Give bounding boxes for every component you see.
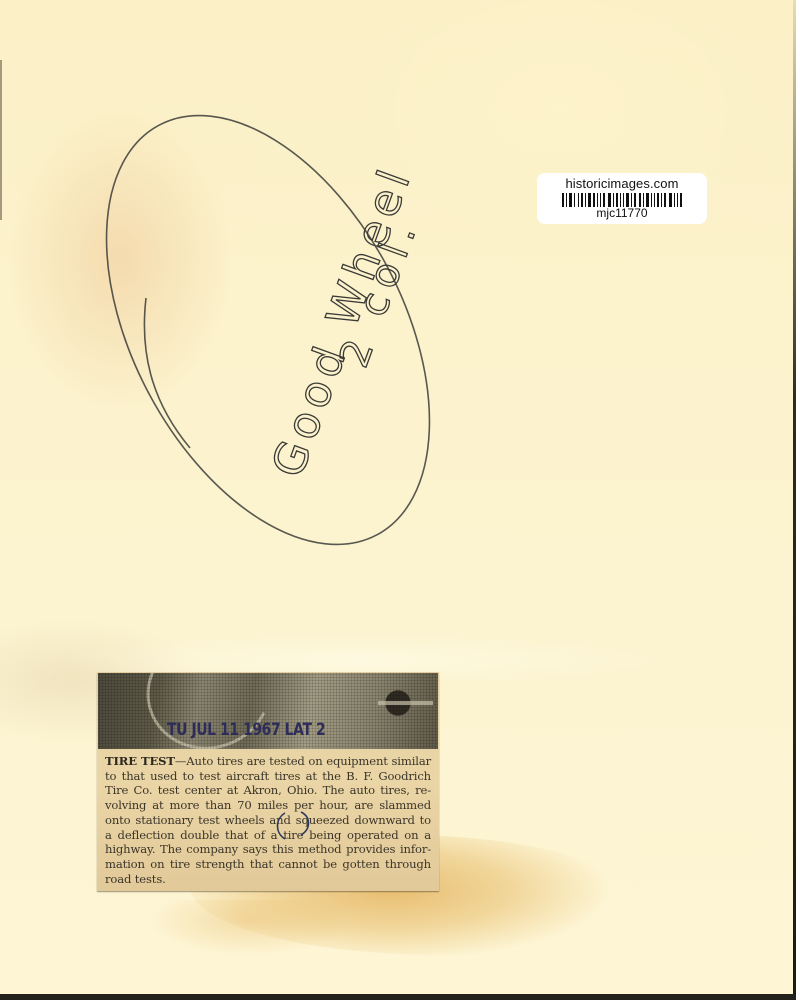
barcode-icon bbox=[562, 193, 682, 207]
label-code: mjc11770 bbox=[537, 207, 707, 220]
clipping-caption: TIRE TEST—Auto tires are tested on equip… bbox=[105, 754, 431, 886]
caption-line: to that used to test aircraft tires at t… bbox=[105, 769, 431, 784]
caption-line: a deflection double that of a tire being… bbox=[105, 828, 431, 843]
paper-edge-bottom bbox=[0, 994, 796, 1000]
caption-line: TIRE TEST—Auto tires are tested on equip… bbox=[105, 754, 431, 769]
glue-stain-secondary bbox=[140, 900, 340, 970]
caption-line: highway. The company says this method pr… bbox=[105, 842, 431, 857]
date-stamp: TU JUL 11 1967 LAT 2 bbox=[167, 720, 325, 740]
caption-line: volving at more than 70 miles per hour, … bbox=[105, 798, 431, 813]
clipping-photo: TU JUL 11 1967 LAT 2 bbox=[98, 673, 438, 749]
caption-line: road tests. bbox=[105, 872, 431, 887]
caption-line: onto stationary test wheels and squeezed… bbox=[105, 813, 431, 828]
label-site: historicimages.com bbox=[537, 177, 707, 191]
archive-label: historicimages.com mjc11770 bbox=[537, 173, 707, 224]
caption-headline: TIRE TEST bbox=[105, 754, 175, 768]
paper-smudge bbox=[60, 620, 680, 680]
paper-edge-left bbox=[0, 60, 2, 220]
newspaper-clipping: TU JUL 11 1967 LAT 2 TIRE TEST—Auto tire… bbox=[97, 672, 439, 891]
caption-line: mation on tire strength that cannot be g… bbox=[105, 857, 431, 872]
caption-line: Tire Co. test center at Akron, Ohio. The… bbox=[105, 783, 431, 798]
